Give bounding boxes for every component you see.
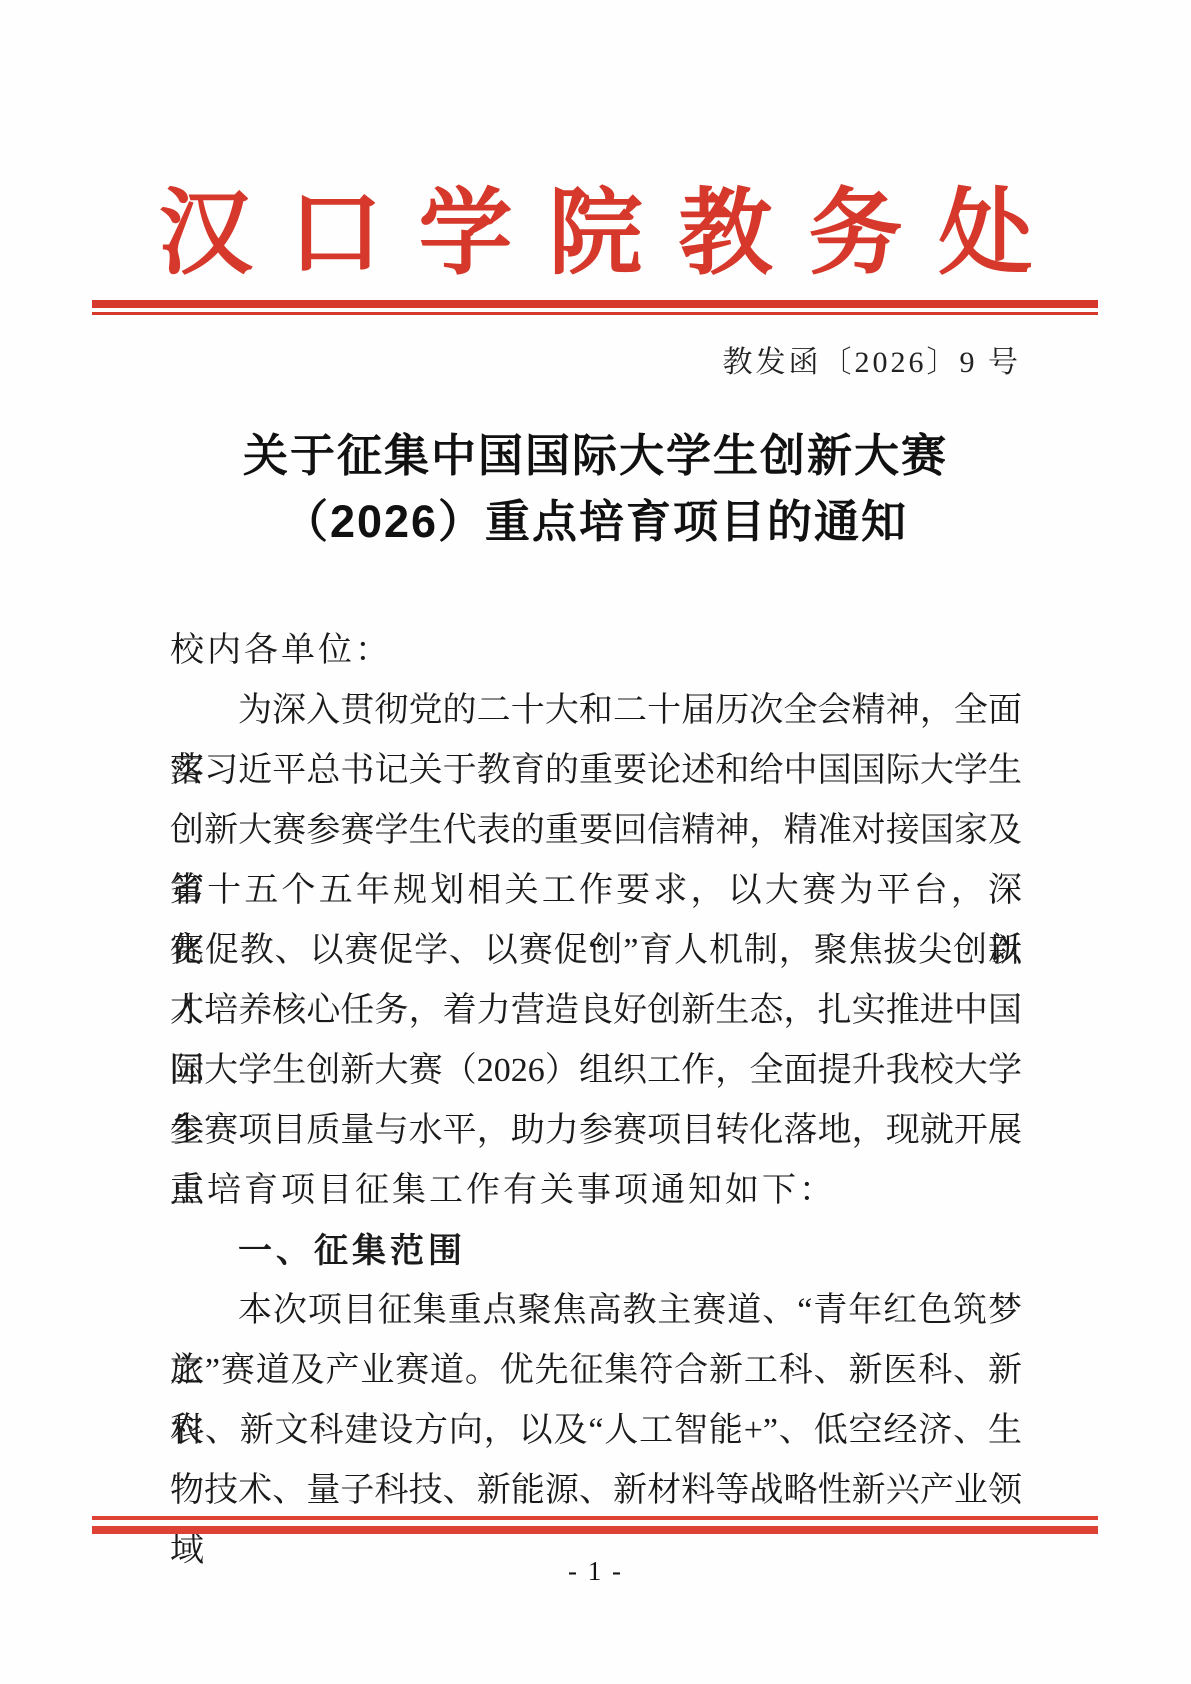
body-line: 才培养核心任务，着力营造良好创新生态，扎实推进中国国 xyxy=(170,981,1022,1041)
salutation: 校内各单位： xyxy=(170,621,1022,681)
doc-reference-number: 教发函〔2026〕9 号 xyxy=(723,344,1022,382)
section-heading: 一、征集范围 xyxy=(170,1221,1022,1281)
body-line: 赛促教、以赛促学、以赛促创”育人机制，聚焦拔尖创新人 xyxy=(170,921,1022,981)
document-page: 汉口学院教务处 教发函〔2026〕9 号 关于征集中国国际大学生创新大赛 （20… xyxy=(0,0,1191,1684)
header-rule-thick xyxy=(92,300,1098,308)
body-line: 物技术、量子科技、新能源、新材料等战略性新兴产业领域 xyxy=(170,1461,1022,1521)
body-line: 参赛项目质量与水平，助力参赛项目转化落地，现就开展重 xyxy=(170,1101,1022,1161)
body-line: 第十五个五年规划相关工作要求，以大赛为平台，深化“以 xyxy=(170,861,1022,921)
body-line: 科、新文科建设方向，以及“人工智能+”、低空经济、生 xyxy=(170,1401,1022,1461)
body-line: 点培育项目征集工作有关事项通知如下： xyxy=(170,1161,1022,1221)
body-line: 为深入贯彻党的二十大和二十届历次全会精神，全面落 xyxy=(170,681,1022,741)
notice-body: 校内各单位： 为深入贯彻党的二十大和二十届历次全会精神，全面落 实习近平总书记关… xyxy=(170,621,1022,1521)
header-rule-thin xyxy=(92,312,1098,315)
notice-title-line2: （2026）重点培育项目的通知 xyxy=(0,489,1191,555)
letterhead-agency-name: 汉口学院教务处 xyxy=(0,178,1191,290)
body-line: 创新大赛参赛学生代表的重要回信精神，精准对接国家及省 xyxy=(170,801,1022,861)
notice-title: 关于征集中国国际大学生创新大赛 （2026）重点培育项目的通知 xyxy=(0,423,1191,555)
body-line: 旅”赛道及产业赛道。优先征集符合新工科、新医科、新农 xyxy=(170,1341,1022,1401)
footer-rule-thin xyxy=(92,1516,1098,1520)
body-line: 实习近平总书记关于教育的重要论述和给中国国际大学生 xyxy=(170,741,1022,801)
page-number: - 1 - xyxy=(0,1554,1191,1588)
notice-title-line1: 关于征集中国国际大学生创新大赛 xyxy=(0,423,1191,489)
footer-rule-thick xyxy=(92,1526,1098,1534)
body-line: 际大学生创新大赛（2026）组织工作，全面提升我校大学生 xyxy=(170,1041,1022,1101)
body-line: 本次项目征集重点聚焦高教主赛道、“青年红色筑梦之 xyxy=(170,1281,1022,1341)
